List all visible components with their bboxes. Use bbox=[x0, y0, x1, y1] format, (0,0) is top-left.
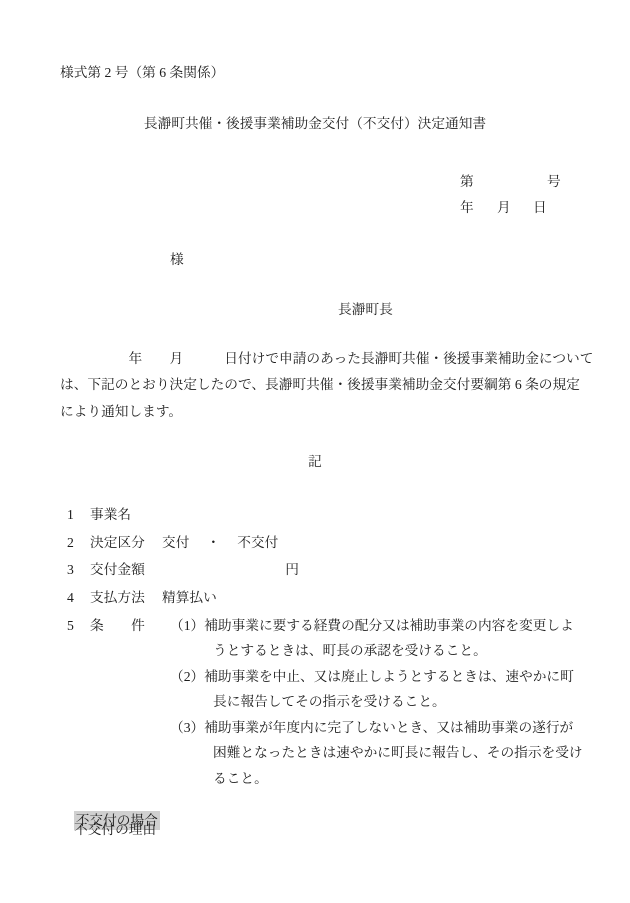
doc-number-suffix: 号 bbox=[547, 172, 561, 191]
body-line: は、下記のとおり決定したので、長瀞町共催・後援事業補助金交付要綱第 6 条の規定 bbox=[60, 375, 580, 394]
item-label-project-name: 事業名 bbox=[90, 505, 131, 524]
recipient-honorific: 様 bbox=[170, 250, 184, 269]
condition-line: うとするときは、町長の承認を受けること。 bbox=[213, 641, 487, 660]
item-number: 5 bbox=[67, 616, 74, 635]
item-label-grant-amount: 交付金額 bbox=[90, 560, 145, 579]
doc-number-prefix: 第 bbox=[460, 172, 474, 191]
document-page: 様式第 2 号（第 6 条関係） 長瀞町共催・後援事業補助金交付（不交付）決定通… bbox=[0, 0, 630, 903]
condition-line: 困難となったときは速やかに町長に報告し、その指示を受け bbox=[213, 743, 583, 762]
condition-line: （3）補助事業が年度内に完了しないとき、又は補助事業の遂行が bbox=[170, 718, 573, 737]
date-day-label: 日 bbox=[533, 198, 547, 217]
date-year-label: 年 bbox=[460, 198, 474, 217]
form-number: 様式第 2 号（第 6 条関係） bbox=[60, 63, 224, 82]
item-value-decision-category: 交付 ・ 不交付 bbox=[162, 533, 278, 552]
date-month-label: 月 bbox=[497, 198, 511, 217]
item-number: 4 bbox=[67, 588, 74, 607]
sender-name: 長瀞町長 bbox=[338, 300, 393, 319]
item-label-decision-category: 決定区分 bbox=[90, 533, 145, 552]
item-label-payment-method: 支払方法 bbox=[90, 588, 145, 607]
ki-heading: 記 bbox=[0, 452, 630, 471]
condition-line: （2）補助事業を中止、又は廃止しようとするときは、速やかに町 bbox=[170, 667, 574, 686]
body-line: により通知します。 bbox=[60, 402, 182, 421]
body-line: 年 月 日付けで申請のあった長瀞町共催・後援事業補助金について bbox=[60, 349, 593, 368]
nonpayment-reason-label: 不交付の理由 bbox=[74, 820, 156, 839]
condition-line: （1）補助事業に要する経費の配分又は補助事業の内容を変更しよ bbox=[170, 616, 574, 635]
item-value-grant-amount: 円 bbox=[162, 560, 299, 579]
page-title: 長瀞町共催・後援事業補助金交付（不交付）決定通知書 bbox=[0, 114, 630, 133]
item-number: 2 bbox=[67, 533, 74, 552]
item-number: 1 bbox=[67, 505, 74, 524]
condition-line: ること。 bbox=[213, 769, 268, 788]
item-label-conditions: 条 件 bbox=[90, 616, 145, 635]
item-value-payment-method: 精算払い bbox=[162, 588, 217, 607]
condition-line: 長に報告してその指示を受けること。 bbox=[213, 692, 446, 711]
item-number: 3 bbox=[67, 560, 74, 579]
